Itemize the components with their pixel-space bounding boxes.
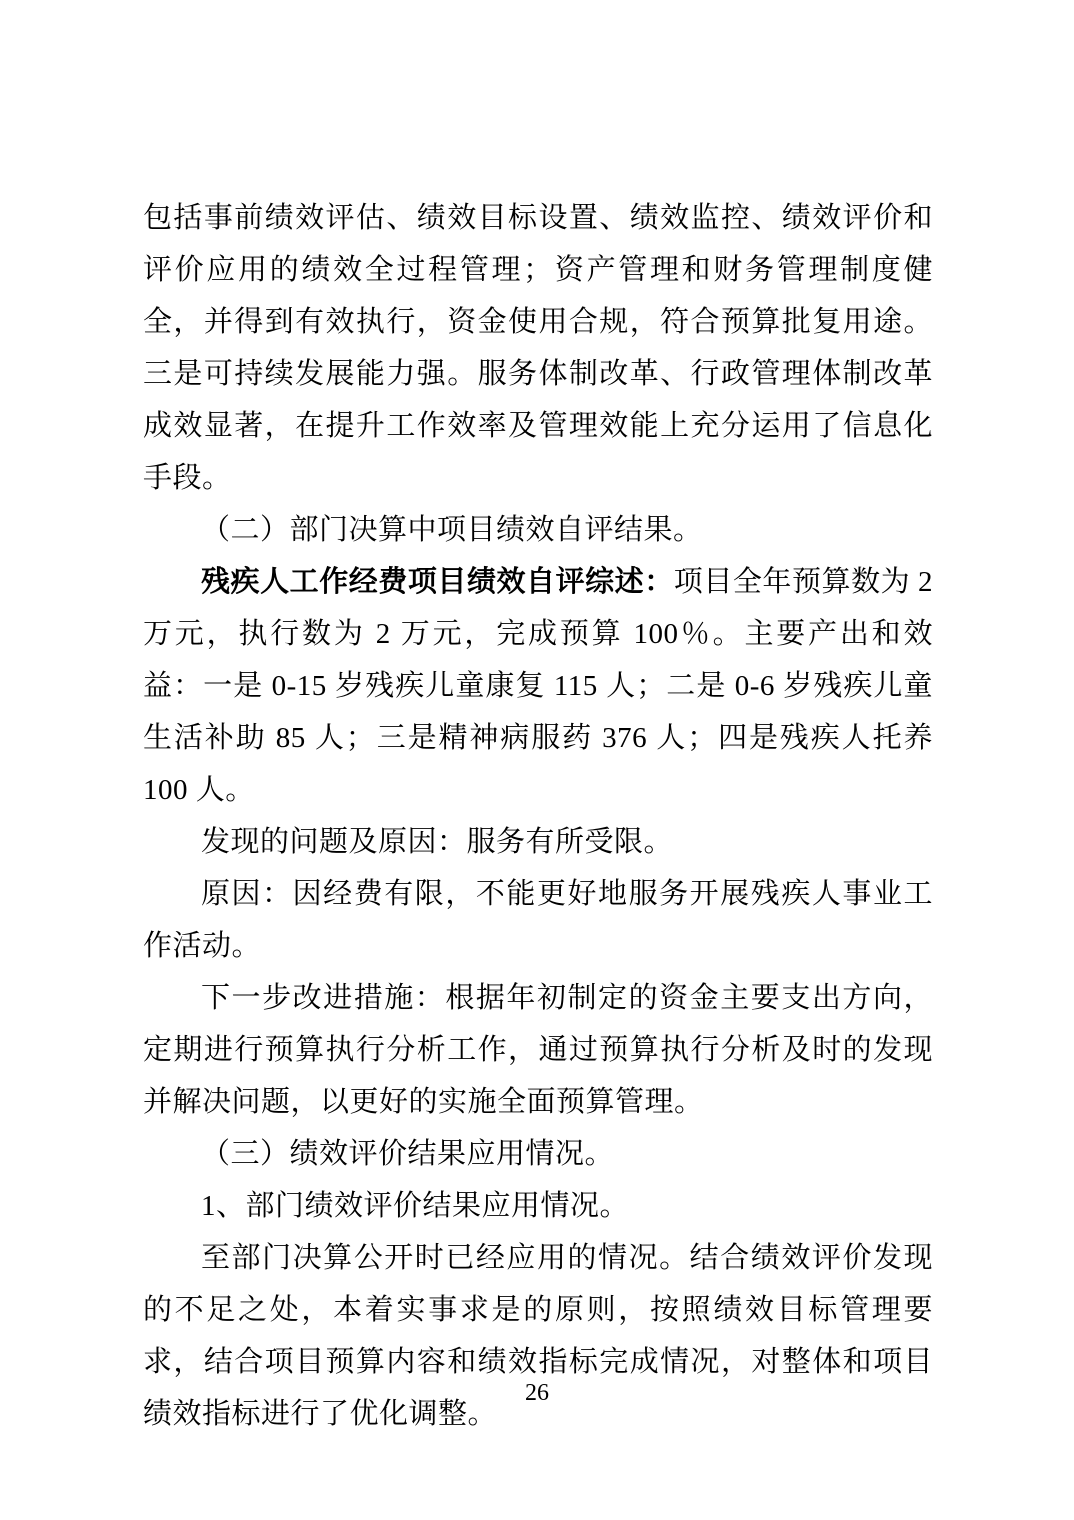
project-summary-body: 项目全年预算数为 2 万元，执行数为 2 万元，完成预算 100％。主要产出和效… <box>143 566 933 806</box>
project-summary-lead-bold: 残疾人工作经费项目绩效自评综述： <box>201 566 674 598</box>
paragraph-section-2-heading: （二）部门决算中项目绩效自评结果。 <box>143 504 933 556</box>
paragraph-disabled-persons-fund-self-evaluation: 残疾人工作经费项目绩效自评综述：项目全年预算数为 2 万元，执行数为 2 万元，… <box>143 556 933 816</box>
document-page: 包括事前绩效评估、绩效目标设置、绩效监控、绩效评价和评价应用的绩效全过程管理；资… <box>0 0 1074 1520</box>
page-number: 26 <box>525 1380 549 1406</box>
paragraph-next-step-measures: 下一步改进措施：根据年初制定的资金主要支出方向，定期进行预算执行分析工作，通过预… <box>143 972 933 1128</box>
paragraph-item-1-heading: 1、部门绩效评价结果应用情况。 <box>143 1180 933 1232</box>
paragraph-performance-process-management: 包括事前绩效评估、绩效目标设置、绩效监控、绩效评价和评价应用的绩效全过程管理；资… <box>143 192 933 504</box>
paragraph-reason: 原因：因经费有限，不能更好地服务开展残疾人事业工作活动。 <box>143 868 933 972</box>
paragraph-application-at-disclosure: 至部门决算公开时已经应用的情况。结合绩效评价发现的不足之处，本着实事求是的原则，… <box>143 1232 933 1440</box>
document-body: 包括事前绩效评估、绩效目标设置、绩效监控、绩效评价和评价应用的绩效全过程管理；资… <box>143 192 933 1440</box>
paragraph-problems-found: 发现的问题及原因：服务有所受限。 <box>143 816 933 868</box>
page-footer: 26 <box>0 1378 1074 1408</box>
paragraph-section-3-heading: （三）绩效评价结果应用情况。 <box>143 1128 933 1180</box>
